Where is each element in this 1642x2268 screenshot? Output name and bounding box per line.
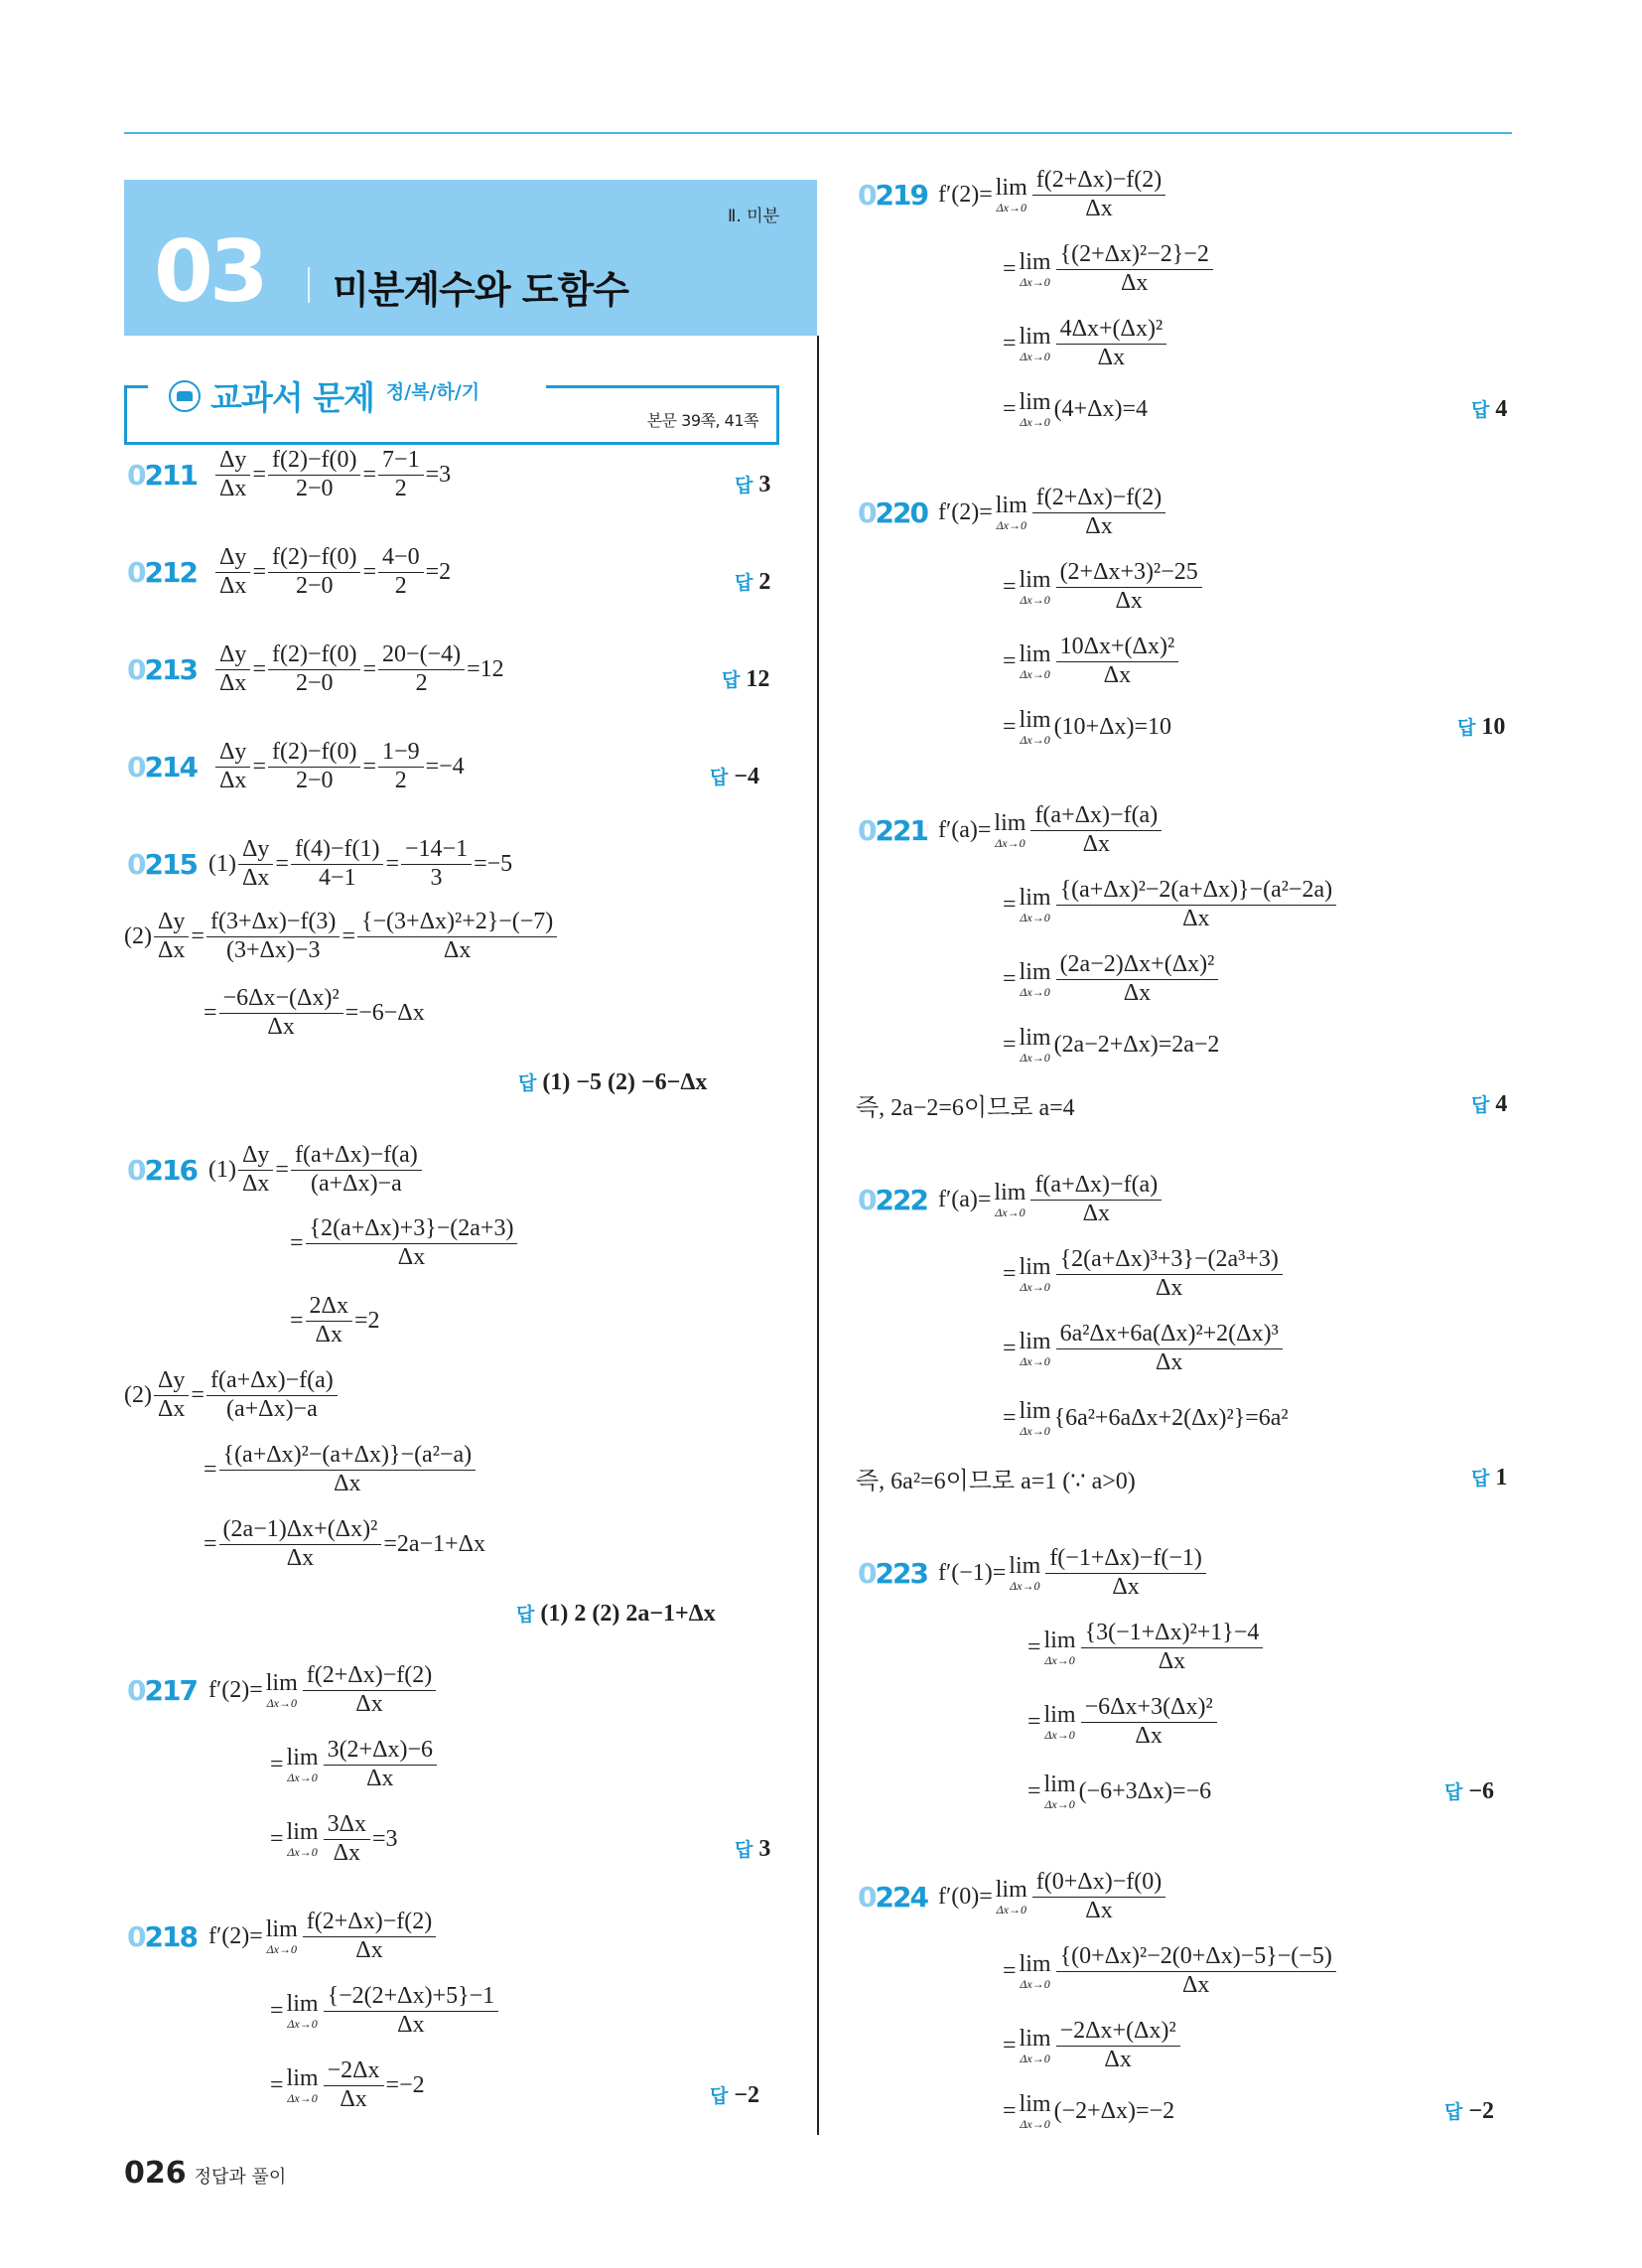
- math-text: =−5: [474, 851, 512, 878]
- section-subtitle: 정/복/하/기: [386, 377, 479, 404]
- numerator: f(3+Δx)−f(3): [206, 909, 340, 937]
- denominator: 2: [391, 573, 411, 601]
- limit: limΔx→0: [1020, 568, 1051, 606]
- denominator: Δx: [215, 573, 250, 601]
- math-text: =: [252, 462, 266, 489]
- numerator: 3(2+Δx)−6: [324, 1737, 438, 1766]
- math-line: f′(0)=limΔx→0f(0+Δx)−f(0)Δx: [938, 1869, 1167, 1924]
- denominator: 4−1: [315, 865, 360, 893]
- answer: 답−4: [710, 763, 759, 790]
- numerator: Δy: [215, 739, 250, 768]
- numerator: 4Δx+(Δx)²: [1056, 316, 1167, 345]
- limit: limΔx→0: [266, 1671, 298, 1709]
- denominator: Δx: [1081, 513, 1116, 541]
- math-text: =: [362, 462, 376, 489]
- math-line: =limΔx→03(2+Δx)−6Δx: [270, 1737, 439, 1792]
- limit: limΔx→0: [1020, 1026, 1051, 1063]
- fraction: ΔyΔx: [238, 1142, 273, 1198]
- problem-number: 0222: [858, 1184, 927, 1216]
- math-text: =: [270, 1826, 284, 1853]
- limit: limΔx→0: [1020, 250, 1051, 288]
- denominator: Δx: [154, 1396, 189, 1424]
- math-text: 즉, 6a²=6이므로 a=1 (∵ a>0): [856, 1461, 1136, 1495]
- math-line: =limΔx→0−2ΔxΔx=−2: [270, 2057, 425, 2113]
- top-rule: [124, 132, 1512, 134]
- math-text: =3: [372, 1826, 398, 1853]
- math-line: =limΔx→0{3(−1+Δx)²+1}−4Δx: [1027, 1620, 1265, 1675]
- math-line: =limΔx→06a²Δx+6a(Δx)²+2(Δx)³Δx: [1003, 1321, 1285, 1376]
- numerator: Δy: [154, 1367, 189, 1396]
- fraction: 7−12: [378, 447, 424, 502]
- math-text: =: [362, 559, 376, 586]
- fraction: {−2(2+Δx)+5}−1Δx: [324, 1983, 499, 2039]
- denominator: Δx: [263, 1014, 298, 1042]
- math-text: {6a²+6aΔx+2(Δx)²}=6a²: [1054, 1405, 1289, 1432]
- limit: limΔx→0: [1020, 960, 1051, 998]
- answer: 답(1) −5 (2) −6−Δx: [518, 1068, 707, 1096]
- math-text: f′(−1)=: [938, 1560, 1006, 1587]
- fraction: 10Δx+(Δx)²Δx: [1056, 634, 1179, 689]
- math-line: f′(a)=limΔx→0f(a+Δx)−f(a)Δx: [938, 1172, 1163, 1227]
- answer-value: 1: [1495, 1465, 1507, 1490]
- math-text: =: [362, 754, 376, 780]
- math-text: 즉, 2a−2=6이므로 a=4: [856, 1087, 1075, 1122]
- numerator: −14−1: [401, 836, 472, 865]
- fraction: −14−13: [401, 836, 472, 892]
- numerator: f(a+Δx)−f(a): [206, 1367, 338, 1396]
- answer-value: 3: [758, 472, 770, 497]
- denominator: Δx: [1100, 662, 1135, 690]
- denominator: Δx: [393, 2012, 428, 2040]
- math-text: =: [204, 1457, 217, 1484]
- math-line: =limΔx→0−2Δx+(Δx)²Δx: [1003, 2018, 1182, 2073]
- math-text: =: [204, 1531, 217, 1558]
- math-line: =limΔx→0{−2(2+Δx)+5}−1Δx: [270, 1983, 500, 2039]
- problem-number: 0211: [127, 459, 197, 492]
- math-text: =: [290, 1230, 304, 1257]
- math-line: 즉, 2a−2=6이므로 a=4: [856, 1076, 1075, 1132]
- denominator: Δx: [1152, 1275, 1186, 1303]
- math-text: =: [270, 2072, 284, 2099]
- math-text: f′(0)=: [938, 1884, 993, 1911]
- numerator: Δy: [215, 641, 250, 670]
- math-line: =limΔx→0(−6+3Δx)=−6: [1027, 1764, 1211, 1819]
- math-line: =limΔx→0{(2+Δx)²−2}−2Δx: [1003, 241, 1215, 297]
- fraction: f(2+Δx)−f(2)Δx: [303, 1909, 436, 1964]
- numerator: {2(a+Δx)³+3}−(2a³+3): [1056, 1246, 1283, 1275]
- fraction: (2a−1)Δx+(Δx)²Δx: [219, 1516, 382, 1572]
- fraction: f(2)−f(0)2−0: [268, 739, 361, 794]
- fraction: f(4)−f(1)4−1: [291, 836, 384, 892]
- numerator: f(a+Δx)−f(a): [291, 1142, 422, 1171]
- math-line: =2ΔxΔx=2: [290, 1293, 380, 1348]
- math-text: (1): [208, 851, 236, 878]
- math-text: =: [1003, 714, 1017, 741]
- fraction: f(2)−f(0)2−0: [268, 544, 361, 600]
- math-line: =limΔx→0{(0+Δx)²−2(0+Δx)−5}−(−5)Δx: [1003, 1943, 1338, 1999]
- math-line: f′(2)=limΔx→0f(2+Δx)−f(2)Δx: [208, 1662, 438, 1718]
- math-text: =2: [354, 1308, 380, 1335]
- fraction: 20−(−4)2: [378, 641, 465, 697]
- fraction: (2a−2)Δx+(Δx)²Δx: [1056, 951, 1219, 1007]
- answer-marker: 답: [1444, 2101, 1462, 2123]
- numerator: Δy: [154, 909, 189, 937]
- math-line: ={(a+Δx)²−(a+Δx)}−(a²−a)Δx: [204, 1442, 478, 1497]
- fraction: f(2+Δx)−f(2)Δx: [1032, 485, 1165, 540]
- problem-number: 0215: [127, 848, 197, 881]
- numerator: f(a+Δx)−f(a): [1030, 802, 1162, 831]
- fraction: f(0+Δx)−f(0)Δx: [1032, 1869, 1165, 1924]
- limit: limΔx→0: [1020, 1952, 1051, 1990]
- numerator: {(0+Δx)²−2(0+Δx)−5}−(−5): [1056, 1943, 1336, 1972]
- math-text: f′(2)=: [938, 499, 993, 526]
- numerator: f(0+Δx)−f(0): [1032, 1869, 1165, 1898]
- math-text: =: [385, 851, 399, 878]
- denominator: Δx: [215, 768, 250, 795]
- numerator: −6Δx+3(Δx)²: [1081, 1694, 1217, 1723]
- numerator: 4−0: [378, 544, 424, 573]
- denominator: Δx: [1155, 1648, 1189, 1676]
- denominator: Δx: [312, 1322, 346, 1349]
- numerator: {−2(2+Δx)+5}−1: [324, 1983, 499, 2012]
- numerator: {(2+Δx)²−2}−2: [1056, 241, 1213, 270]
- math-line: 즉, 6a²=6이므로 a=1 (∵ a>0): [856, 1450, 1136, 1505]
- denominator: Δx: [1178, 1972, 1213, 2000]
- denominator: Δx: [1178, 906, 1213, 933]
- math-line: f′(−1)=limΔx→0f(−1+Δx)−f(−1)Δx: [938, 1545, 1208, 1601]
- fraction: {(a+Δx)²−(a+Δx)}−(a²−a)Δx: [219, 1442, 477, 1497]
- math-line: =limΔx→0(2a−2+Δx)=2a−2: [1003, 1017, 1219, 1072]
- math-text: =: [1003, 396, 1017, 423]
- numerator: f(2)−f(0): [268, 739, 361, 768]
- denominator: (a+Δx)−a: [222, 1396, 322, 1424]
- denominator: (3+Δx)−3: [222, 937, 325, 965]
- fraction: f(a+Δx)−f(a)Δx: [1030, 802, 1162, 858]
- limit: limΔx→0: [266, 1917, 298, 1955]
- page-number: 026: [124, 2156, 187, 2191]
- math-text: =: [191, 923, 205, 950]
- math-line: (1) ΔyΔx=f(a+Δx)−f(a)(a+Δx)−a: [208, 1142, 424, 1198]
- fraction: ΔyΔx: [215, 739, 250, 794]
- denominator: Δx: [440, 937, 475, 965]
- denominator: Δx: [238, 1171, 273, 1199]
- math-text: =−6−Δx: [345, 1000, 425, 1027]
- answer: 답12: [722, 665, 769, 693]
- fraction: f(−1+Δx)−f(−1)Δx: [1045, 1545, 1206, 1601]
- denominator: Δx: [238, 865, 273, 893]
- answer: 답−2: [1444, 2097, 1494, 2125]
- math-text: (4+Δx)=4: [1054, 396, 1149, 423]
- fraction: f(a+Δx)−f(a)Δx: [1030, 1172, 1162, 1227]
- math-line: f′(a)=limΔx→0f(a+Δx)−f(a)Δx: [938, 802, 1163, 858]
- limit: limΔx→0: [1020, 2027, 1051, 2064]
- math-line: (2) ΔyΔx=f(a+Δx)−f(a)(a+Δx)−a: [124, 1367, 340, 1423]
- limit: limΔx→0: [1020, 1330, 1051, 1367]
- fraction: −2Δx+(Δx)²Δx: [1056, 2018, 1180, 2073]
- denominator: 2−0: [292, 768, 338, 795]
- math-text: =: [290, 1308, 304, 1335]
- numerator: f(2)−f(0): [268, 544, 361, 573]
- math-text: (2): [124, 923, 152, 950]
- chapter-unit: Ⅱ. 미분: [728, 202, 779, 226]
- answer-value: −2: [734, 2082, 759, 2108]
- math-line: ΔyΔx=f(2)−f(0)2−0=1−92=−4: [213, 739, 465, 794]
- answer: 답(1) 2 (2) 2a−1+Δx: [516, 1600, 716, 1628]
- section-page-reference: 본문 39쪽, 41쪽: [647, 408, 758, 431]
- math-text: =: [270, 1998, 284, 2025]
- denominator: 2−0: [292, 670, 338, 698]
- limit: limΔx→0: [1020, 390, 1051, 428]
- limit: limΔx→0: [996, 176, 1027, 213]
- problem-number: 0217: [127, 1674, 197, 1707]
- numerator: f(4)−f(1): [291, 836, 384, 865]
- math-line: =−6Δx−(Δx)²Δx=−6−Δx: [204, 985, 425, 1041]
- answer: 답3: [735, 1835, 770, 1863]
- math-line: =(2a−1)Δx+(Δx)²Δx=2a−1+Δx: [204, 1516, 485, 1572]
- fraction: {−(3+Δx)²+2}−(−7)Δx: [357, 909, 557, 964]
- numerator: {(a+Δx)²−2(a+Δx)}−(a²−2a): [1056, 877, 1337, 906]
- numerator: −6Δx−(Δx)²: [219, 985, 343, 1014]
- fraction: ΔyΔx: [215, 641, 250, 697]
- fraction: f(2+Δx)−f(2)Δx: [1032, 167, 1165, 222]
- numerator: f(2)−f(0): [268, 447, 361, 476]
- fraction: f(2)−f(0)2−0: [268, 447, 361, 502]
- answer: 답−6: [1444, 1777, 1494, 1805]
- math-line: f′(2)=limΔx→0f(2+Δx)−f(2)Δx: [938, 167, 1167, 222]
- denominator: Δx: [1117, 270, 1152, 298]
- math-text: =: [1003, 331, 1017, 357]
- limit: limΔx→0: [1044, 1772, 1076, 1810]
- fraction: f(2)−f(0)2−0: [268, 641, 361, 697]
- answer-marker: 답: [1471, 1468, 1489, 1489]
- math-text: =: [191, 1382, 205, 1409]
- numerator: 20−(−4): [378, 641, 465, 670]
- numerator: {(a+Δx)²−(a+Δx)}−(a²−a): [219, 1442, 477, 1471]
- fraction: −6Δx+3(Δx)²Δx: [1081, 1694, 1217, 1750]
- answer-value: 4: [1495, 396, 1507, 422]
- book-icon: [169, 380, 201, 412]
- problem-number: 0218: [127, 1920, 197, 1953]
- math-text: =: [1003, 892, 1017, 919]
- column-divider: [817, 336, 819, 2135]
- limit: limΔx→0: [994, 811, 1026, 849]
- numerator: (2a−2)Δx+(Δx)²: [1056, 951, 1219, 980]
- answer-marker: 답: [1444, 1781, 1462, 1803]
- math-line: ={2(a+Δx)+3}−(2a+3)Δx: [290, 1215, 519, 1271]
- limit: limΔx→0: [287, 1992, 319, 2030]
- denominator: Δx: [330, 1840, 364, 1868]
- math-text: f′(a)=: [938, 1187, 991, 1213]
- answer-marker: 답: [722, 669, 740, 691]
- numerator: (2a−1)Δx+(Δx)²: [219, 1516, 382, 1545]
- math-line: f′(2)=limΔx→0f(2+Δx)−f(2)Δx: [208, 1909, 438, 1964]
- math-text: =: [1027, 1709, 1041, 1736]
- denominator: 3: [427, 865, 447, 893]
- denominator: Δx: [394, 1244, 429, 1272]
- answer-marker: 답: [735, 1839, 753, 1861]
- answer: 답4: [1471, 395, 1507, 423]
- answer-marker: 답: [1471, 399, 1489, 421]
- fraction: 2ΔxΔx: [306, 1293, 352, 1348]
- page-footer: 026 정답과 풀이: [124, 2156, 286, 2191]
- fraction: 3(2+Δx)−6Δx: [324, 1737, 438, 1792]
- section-header: 교과서 문제 정/복/하/기 본문 39쪽, 41쪽: [124, 388, 779, 445]
- math-text: =: [1003, 1261, 1017, 1288]
- problem-number: 0220: [858, 496, 927, 529]
- math-text: f′(a)=: [938, 817, 991, 844]
- denominator: Δx: [215, 670, 250, 698]
- numerator: 10Δx+(Δx)²: [1056, 634, 1179, 662]
- numerator: −2Δx: [324, 2057, 384, 2086]
- numerator: {2(a+Δx)+3}−(2a+3): [306, 1215, 518, 1244]
- math-line: =limΔx→0(2a−2)Δx+(Δx)²Δx: [1003, 951, 1220, 1007]
- limit: limΔx→0: [1020, 708, 1051, 746]
- answer: 답2: [735, 568, 770, 596]
- math-line: =limΔx→0{6a²+6aΔx+2(Δx)²}=6a²: [1003, 1390, 1289, 1446]
- denominator: Δx: [1120, 980, 1155, 1008]
- math-text: =: [252, 754, 266, 780]
- math-text: =: [1003, 2098, 1017, 2125]
- denominator: Δx: [1094, 345, 1129, 372]
- fraction: {2(a+Δx)+3}−(2a+3)Δx: [306, 1215, 518, 1271]
- fraction: ΔyΔx: [154, 1367, 189, 1423]
- math-line: =limΔx→0(2+Δx+3)²−25Δx: [1003, 559, 1204, 615]
- problem-number: 0221: [858, 814, 927, 847]
- math-text: =: [1003, 574, 1017, 601]
- numerator: Δy: [215, 447, 250, 476]
- answer-value: 12: [746, 666, 769, 692]
- denominator: Δx: [1079, 831, 1114, 859]
- answer-marker: 답: [516, 1604, 534, 1626]
- math-text: =: [1003, 966, 1017, 993]
- fraction: −2ΔxΔx: [324, 2057, 384, 2113]
- math-text: f′(2)=: [208, 1677, 263, 1704]
- fraction: {(2+Δx)²−2}−2Δx: [1056, 241, 1213, 297]
- problem-number: 0219: [858, 179, 927, 212]
- answer: 답−2: [710, 2081, 759, 2109]
- denominator: Δx: [1081, 196, 1116, 223]
- numerator: −2Δx+(Δx)²: [1056, 2018, 1180, 2047]
- math-line: (1) ΔyΔx=f(4)−f(1)4−1=−14−13=−5: [208, 836, 512, 892]
- numerator: f(−1+Δx)−f(−1): [1045, 1545, 1206, 1574]
- denominator: Δx: [351, 1937, 386, 1965]
- answer-marker: 답: [518, 1072, 536, 1094]
- math-line: (2) ΔyΔx=f(3+Δx)−f(3)(3+Δx)−3={−(3+Δx)²+…: [124, 909, 559, 964]
- numerator: f(2+Δx)−f(2): [1032, 167, 1165, 196]
- answer-marker: 답: [710, 2085, 728, 2107]
- numerator: {3(−1+Δx)²+1}−4: [1081, 1620, 1264, 1648]
- limit: limΔx→0: [994, 1181, 1026, 1218]
- math-line: =limΔx→04Δx+(Δx)²Δx: [1003, 316, 1168, 371]
- math-text: =12: [467, 656, 504, 683]
- math-text: =: [342, 923, 355, 950]
- answer-value: (1) −5 (2) −6−Δx: [542, 1069, 707, 1095]
- fraction: {(a+Δx)²−2(a+Δx)}−(a²−2a)Δx: [1056, 877, 1337, 932]
- math-text: =: [1003, 648, 1017, 675]
- fraction: f(2+Δx)−f(2)Δx: [303, 1662, 436, 1718]
- math-line: =limΔx→0−6Δx+3(Δx)²Δx: [1027, 1694, 1219, 1750]
- math-text: =: [1003, 1032, 1017, 1059]
- numerator: (2+Δx+3)²−25: [1056, 559, 1202, 588]
- chapter-separator: [308, 267, 310, 303]
- section-title: 교과서 문제: [210, 372, 374, 419]
- section-heading: 교과서 문제 정/복/하/기: [163, 372, 485, 419]
- math-text: =: [1003, 1958, 1017, 1985]
- answer: 답1: [1471, 1464, 1507, 1491]
- limit: limΔx→0: [1020, 325, 1051, 362]
- answer: 답4: [1471, 1090, 1507, 1118]
- denominator: Δx: [351, 1691, 386, 1719]
- math-line: =limΔx→0(4+Δx)=4: [1003, 381, 1148, 437]
- numerator: 7−1: [378, 447, 424, 476]
- problem-number: 0223: [858, 1557, 927, 1590]
- math-text: =: [252, 559, 266, 586]
- limit: limΔx→0: [287, 1746, 319, 1783]
- numerator: Δy: [238, 836, 273, 865]
- answer-marker: 답: [710, 767, 728, 788]
- problem-number: 0213: [127, 653, 197, 686]
- numerator: 1−9: [378, 739, 424, 768]
- fraction: 6a²Δx+6a(Δx)²+2(Δx)³Δx: [1056, 1321, 1283, 1376]
- answer-value: 3: [758, 1836, 770, 1862]
- limit: limΔx→0: [1020, 1255, 1051, 1293]
- denominator: Δx: [1100, 2047, 1135, 2074]
- fraction: {2(a+Δx)³+3}−(2a³+3)Δx: [1056, 1246, 1283, 1302]
- answer: 답10: [1457, 713, 1505, 741]
- fraction: {(0+Δx)²−2(0+Δx)−5}−(−5)Δx: [1056, 1943, 1336, 1999]
- numerator: Δy: [215, 544, 250, 573]
- math-text: =2: [426, 559, 452, 586]
- math-text: =: [1003, 1336, 1017, 1362]
- fraction: (2+Δx+3)²−25Δx: [1056, 559, 1202, 615]
- math-text: (−6+3Δx)=−6: [1079, 1778, 1212, 1805]
- limit: limΔx→0: [287, 1820, 319, 1858]
- denominator: Δx: [283, 1545, 318, 1573]
- fraction: ΔyΔx: [238, 836, 273, 892]
- limit: limΔx→0: [1020, 1399, 1051, 1437]
- math-text: =3: [426, 462, 452, 489]
- math-line: =limΔx→0(−2+Δx)=−2: [1003, 2083, 1174, 2139]
- fraction: 4Δx+(Δx)²Δx: [1056, 316, 1167, 371]
- math-text: (−2+Δx)=−2: [1054, 2098, 1175, 2125]
- fraction: 1−92: [378, 739, 424, 794]
- denominator: Δx: [336, 2086, 370, 2114]
- answer-marker: 답: [1457, 717, 1475, 739]
- chapter-number: 03: [154, 229, 265, 315]
- math-text: (2): [124, 1382, 152, 1409]
- limit: limΔx→0: [1009, 1554, 1040, 1592]
- problem-number: 0216: [127, 1154, 197, 1187]
- math-text: =: [1027, 1778, 1041, 1805]
- denominator: 2: [412, 670, 432, 698]
- math-text: =−2: [386, 2072, 425, 2099]
- numerator: f(a+Δx)−f(a): [1030, 1172, 1162, 1201]
- limit: limΔx→0: [1020, 2092, 1051, 2130]
- math-text: (1): [208, 1157, 236, 1184]
- problem-number: 0224: [858, 1881, 927, 1914]
- numerator: f(2+Δx)−f(2): [303, 1662, 436, 1691]
- math-text: =−4: [426, 754, 465, 780]
- denominator: 2−0: [292, 476, 338, 503]
- answer-value: −4: [734, 764, 759, 789]
- denominator: Δx: [1079, 1201, 1114, 1228]
- math-line: f′(2)=limΔx→0f(2+Δx)−f(2)Δx: [938, 485, 1167, 540]
- numerator: Δy: [238, 1142, 273, 1171]
- numerator: {−(3+Δx)²+2}−(−7): [357, 909, 557, 937]
- denominator: Δx: [154, 937, 189, 965]
- numerator: f(2+Δx)−f(2): [303, 1909, 436, 1937]
- math-line: =limΔx→0{2(a+Δx)³+3}−(2a³+3)Δx: [1003, 1246, 1285, 1302]
